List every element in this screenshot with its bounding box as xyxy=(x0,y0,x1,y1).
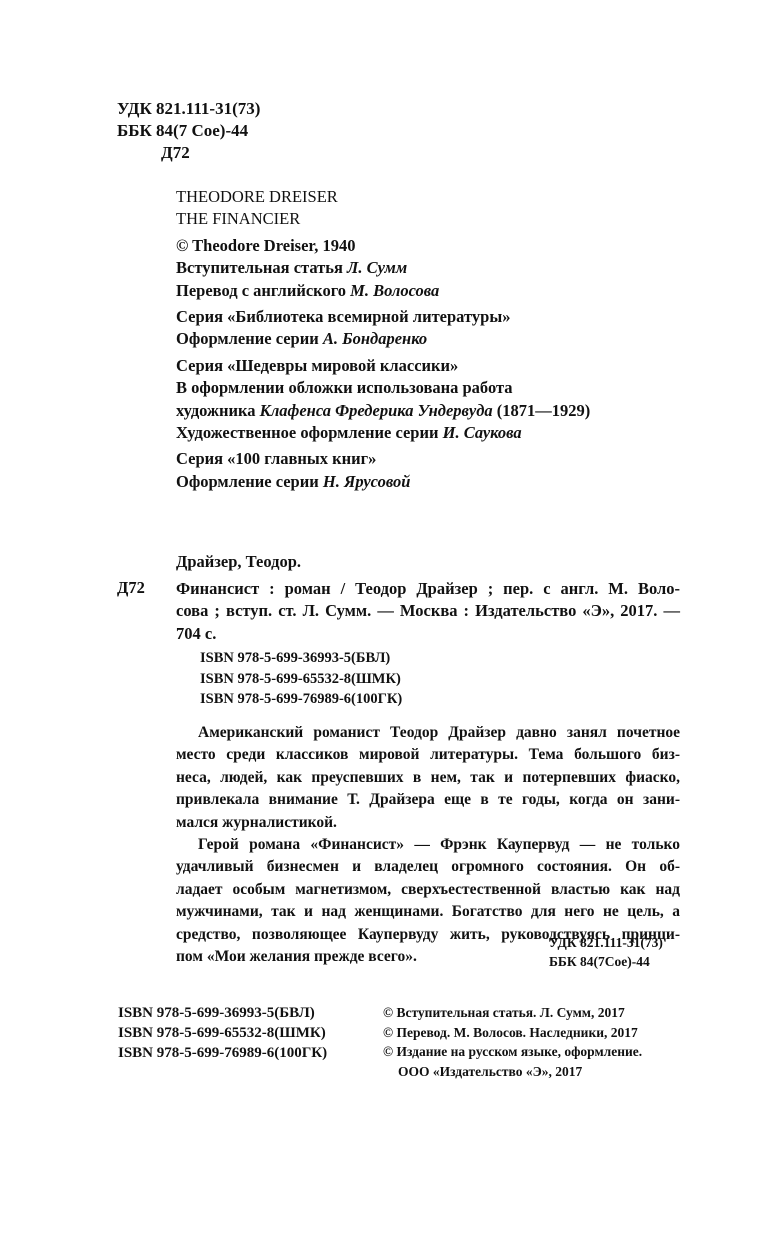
series-1-group: Серия «Библиотека всемирной литературы» … xyxy=(176,306,590,351)
series-3-design-name: Н. Ярусовой xyxy=(323,472,411,491)
series-3-group: Серия «100 главных книг» Оформление сери… xyxy=(176,448,590,493)
copyright-group: © Theodore Dreiser, 1940 Вступительная с… xyxy=(176,235,590,302)
copyright-line: ООО «Издательство «Э», 2017 xyxy=(383,1062,642,1082)
series-1-design: Оформление серии А. Бондаренко xyxy=(176,328,590,350)
footer-isbn-list: ISBN 978-5-699-36993-5(БВЛ) ISBN 978-5-6… xyxy=(118,1003,327,1063)
isbn-line: ISBN 978-5-699-76989-6(100ГК) xyxy=(200,689,402,710)
classification-block: УДК 821.111-31(73) ББК 84(7 Сое)-44 Д72 xyxy=(117,98,260,164)
series-3-design: Оформление серии Н. Ярусовой xyxy=(176,471,590,493)
cover-art-years: (1871—1929) xyxy=(493,401,591,420)
series-2-title: Серия «Шедевры мировой классики» xyxy=(176,355,590,377)
copyright-line: © Перевод. М. Волосов. Наследники, 2017 xyxy=(383,1023,642,1043)
annotation-line: привлекала внимание Т. Драйзера еще в те… xyxy=(176,789,680,811)
annotation-line: Герой романа «Финансист» — Фрэнк Кауперв… xyxy=(176,834,680,856)
isbn-line: ISBN 978-5-699-65532-8(ШМК) xyxy=(200,669,402,690)
isbn-line: ISBN 978-5-699-36993-5(БВЛ) xyxy=(200,648,402,669)
series-2-group: Серия «Шедевры мировой классики» В оформ… xyxy=(176,355,590,445)
intro-credit: Вступительная статья Л. Сумм xyxy=(176,257,590,279)
intro-label: Вступительная статья xyxy=(176,258,347,277)
author-mark: Д72 xyxy=(117,142,260,164)
udk-code: УДК 821.111-31(73) xyxy=(117,98,260,120)
original-title-group: THEODORE DREISER THE FINANCIER xyxy=(176,186,590,231)
bibliographic-description: Финансист : роман / Теодор Драйзер ; пер… xyxy=(176,578,680,645)
series-2-design: Художественное оформление серии И. Сауко… xyxy=(176,422,590,444)
annotation-line: неса, людей, как преуспевших в нем, так … xyxy=(176,767,680,789)
cover-art-name: Клафенса Фредерика Ундервуда xyxy=(260,401,493,420)
annotation-udk: УДК 821.111-31(73) xyxy=(549,933,663,952)
bibliographic-code: Д72 xyxy=(117,578,145,598)
cover-art-label: художника xyxy=(176,401,260,420)
series-1-design-name: А. Бондаренко xyxy=(323,329,427,348)
translation-label: Перевод с английского xyxy=(176,281,350,300)
footer-isbn-line: ISBN 978-5-699-36993-5(БВЛ) xyxy=(118,1003,327,1023)
annotation-line: мался журналистикой. xyxy=(176,812,680,834)
annotation-block: Американский романист Теодор Драйзер дав… xyxy=(176,722,680,968)
original-title: THE FINANCIER xyxy=(176,208,590,230)
translation-name: М. Волосова xyxy=(350,281,439,300)
footer-copyrights: © Вступительная статья. Л. Сумм, 2017 © … xyxy=(383,1003,642,1081)
annotation-line: место среди классиков мировой литературы… xyxy=(176,744,680,766)
series-3-title: Серия «100 главных книг» xyxy=(176,448,590,470)
series-2-design-name: И. Саукова xyxy=(443,423,522,442)
cover-art-line: В оформлении обложки использована работа xyxy=(176,377,590,399)
annotation-line: Американский романист Теодор Драйзер дав… xyxy=(176,722,680,744)
bbk-code: ББК 84(7 Сое)-44 xyxy=(117,120,260,142)
bibliographic-line: сова ; вступ. ст. Л. Сумм. — Москва : Из… xyxy=(176,600,680,622)
footer-isbn-line: ISBN 978-5-699-76989-6(100ГК) xyxy=(118,1043,327,1063)
footer-isbn-line: ISBN 978-5-699-65532-8(ШМК) xyxy=(118,1023,327,1043)
series-2-design-label: Художественное оформление серии xyxy=(176,423,443,442)
series-1-title: Серия «Библиотека всемирной литературы» xyxy=(176,306,590,328)
series-3-design-label: Оформление серии xyxy=(176,472,323,491)
credits-block: THEODORE DREISER THE FINANCIER © Theodor… xyxy=(176,186,590,497)
annotation-bbk: ББК 84(7Сое)-44 xyxy=(549,952,663,971)
bibliographic-line: Финансист : роман / Теодор Драйзер ; пер… xyxy=(176,578,680,600)
copyright-line: © Издание на русском языке, оформление. xyxy=(383,1042,642,1062)
original-copyright: © Theodore Dreiser, 1940 xyxy=(176,235,590,257)
original-author: THEODORE DREISER xyxy=(176,186,590,208)
bibliographic-author-heading: Драйзер, Теодор. xyxy=(176,552,301,572)
bibliographic-isbn-list: ISBN 978-5-699-36993-5(БВЛ) ISBN 978-5-6… xyxy=(200,648,402,710)
annotation-line: удачливый бизнесмен и владелец огромного… xyxy=(176,856,680,878)
annotation-classification: УДК 821.111-31(73) ББК 84(7Сое)-44 xyxy=(549,933,663,971)
copyright-line: © Вступительная статья. Л. Сумм, 2017 xyxy=(383,1003,642,1023)
translation-credit: Перевод с английского М. Волосова xyxy=(176,280,590,302)
annotation-line: ладает особым магнетизмом, сверхъестеств… xyxy=(176,879,680,901)
intro-name: Л. Сумм xyxy=(347,258,407,277)
cover-art-credit: художника Клафенса Фредерика Ундервуда (… xyxy=(176,400,590,422)
bibliographic-line: 704 с. xyxy=(176,623,680,645)
annotation-line: мужчинами, так и над женщинами. Богатств… xyxy=(176,901,680,923)
series-1-design-label: Оформление серии xyxy=(176,329,323,348)
